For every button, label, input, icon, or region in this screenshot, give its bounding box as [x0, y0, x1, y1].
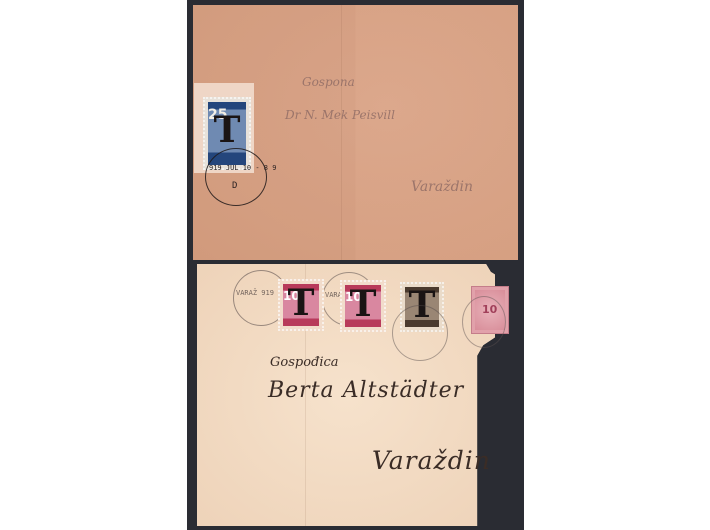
- postmark-date: 919 JUL 10 - 8 9: [209, 164, 276, 172]
- postmark-4: [462, 296, 506, 348]
- top-address-line-2: Dr N. Mek Peisvill: [285, 108, 395, 122]
- top-address-line-1: Gospona: [302, 75, 355, 89]
- bottom-address-line-3: Varaždin: [372, 446, 491, 475]
- postmark-3: [392, 305, 448, 361]
- stamp-red-10-2: 10 T: [340, 280, 386, 332]
- postmark-top: 919 JUL 10 - 8 9 D: [205, 148, 267, 206]
- stamp-overprint: T: [288, 282, 315, 324]
- stamp-overprint: T: [214, 109, 241, 151]
- stamp-red-10-1: 10 T: [278, 279, 324, 331]
- bottom-address-line-2: Berta Altstädter: [268, 378, 464, 403]
- postmark-code: D: [232, 181, 237, 191]
- stamp-overprint: T: [350, 283, 377, 325]
- top-address-line-3: Varaždin: [411, 179, 473, 195]
- bottom-address-line-1: Gospođica: [270, 355, 339, 370]
- fold-line: [341, 5, 342, 260]
